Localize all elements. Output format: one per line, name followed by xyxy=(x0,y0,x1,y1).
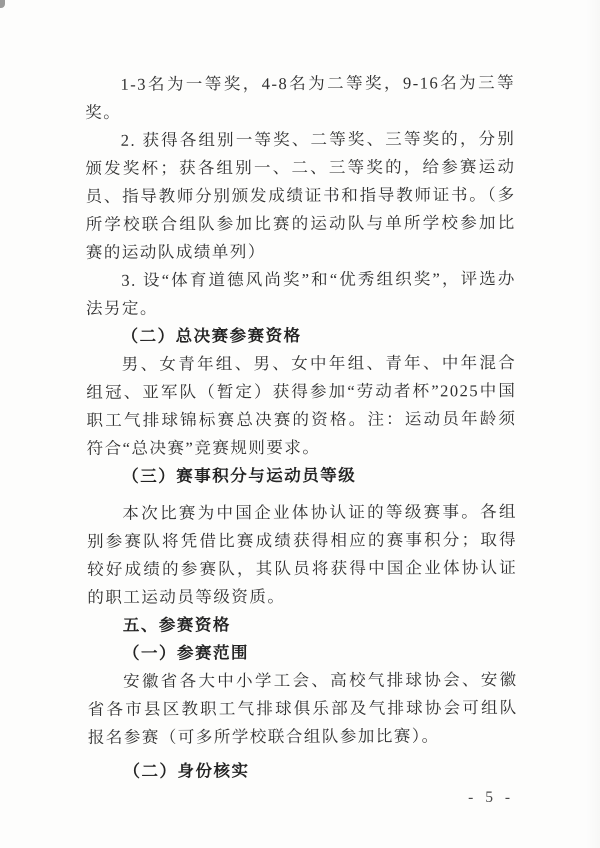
scan-edge-shade xyxy=(586,0,600,848)
section-heading: （二）身份核实 xyxy=(88,756,518,786)
section-heading: 五、参赛资格 xyxy=(87,610,517,640)
section-heading: （一）参赛范围 xyxy=(87,638,517,668)
paragraph: 安徽省各大中小学工会、高校气排球协会、安徽省各市县区教职工气排球俱乐部及气排球协… xyxy=(88,666,518,752)
page-number: - 5 - xyxy=(468,789,514,807)
document-page: 1-3名为一等奖，4-8名为二等奖，9-16名为三等奖。 2. 获得各组别一等奖… xyxy=(0,0,600,848)
paragraph: 1-3名为一等奖，4-8名为二等奖，9-16名为三等奖。 xyxy=(85,69,515,127)
paragraph: 2. 获得各组别一等奖、二等奖、三等奖的，分别颁发奖杯；获各组别一、二、三等奖的… xyxy=(85,125,516,267)
paragraph: 本次比赛为中国企业体协认证的等级赛事。各组别参赛队将凭借比赛成绩获得相应的赛事积… xyxy=(87,498,517,612)
section-heading: （三）赛事积分与运动员等级 xyxy=(87,461,517,491)
paragraph: 男、女青年组、男、女中年组、青年、中年混合组冠、亚军队（暂定）获得参加“劳动者杯… xyxy=(86,349,516,463)
section-heading: （二）总决赛参赛资格 xyxy=(86,321,516,351)
document-body: 1-3名为一等奖，4-8名为二等奖，9-16名为三等奖。 2. 获得各组别一等奖… xyxy=(85,69,518,786)
scan-artifact xyxy=(0,0,5,8)
paragraph: 3. 设“体育道德风尚奖”和“优秀组织奖”，评选办法另定。 xyxy=(86,265,516,323)
